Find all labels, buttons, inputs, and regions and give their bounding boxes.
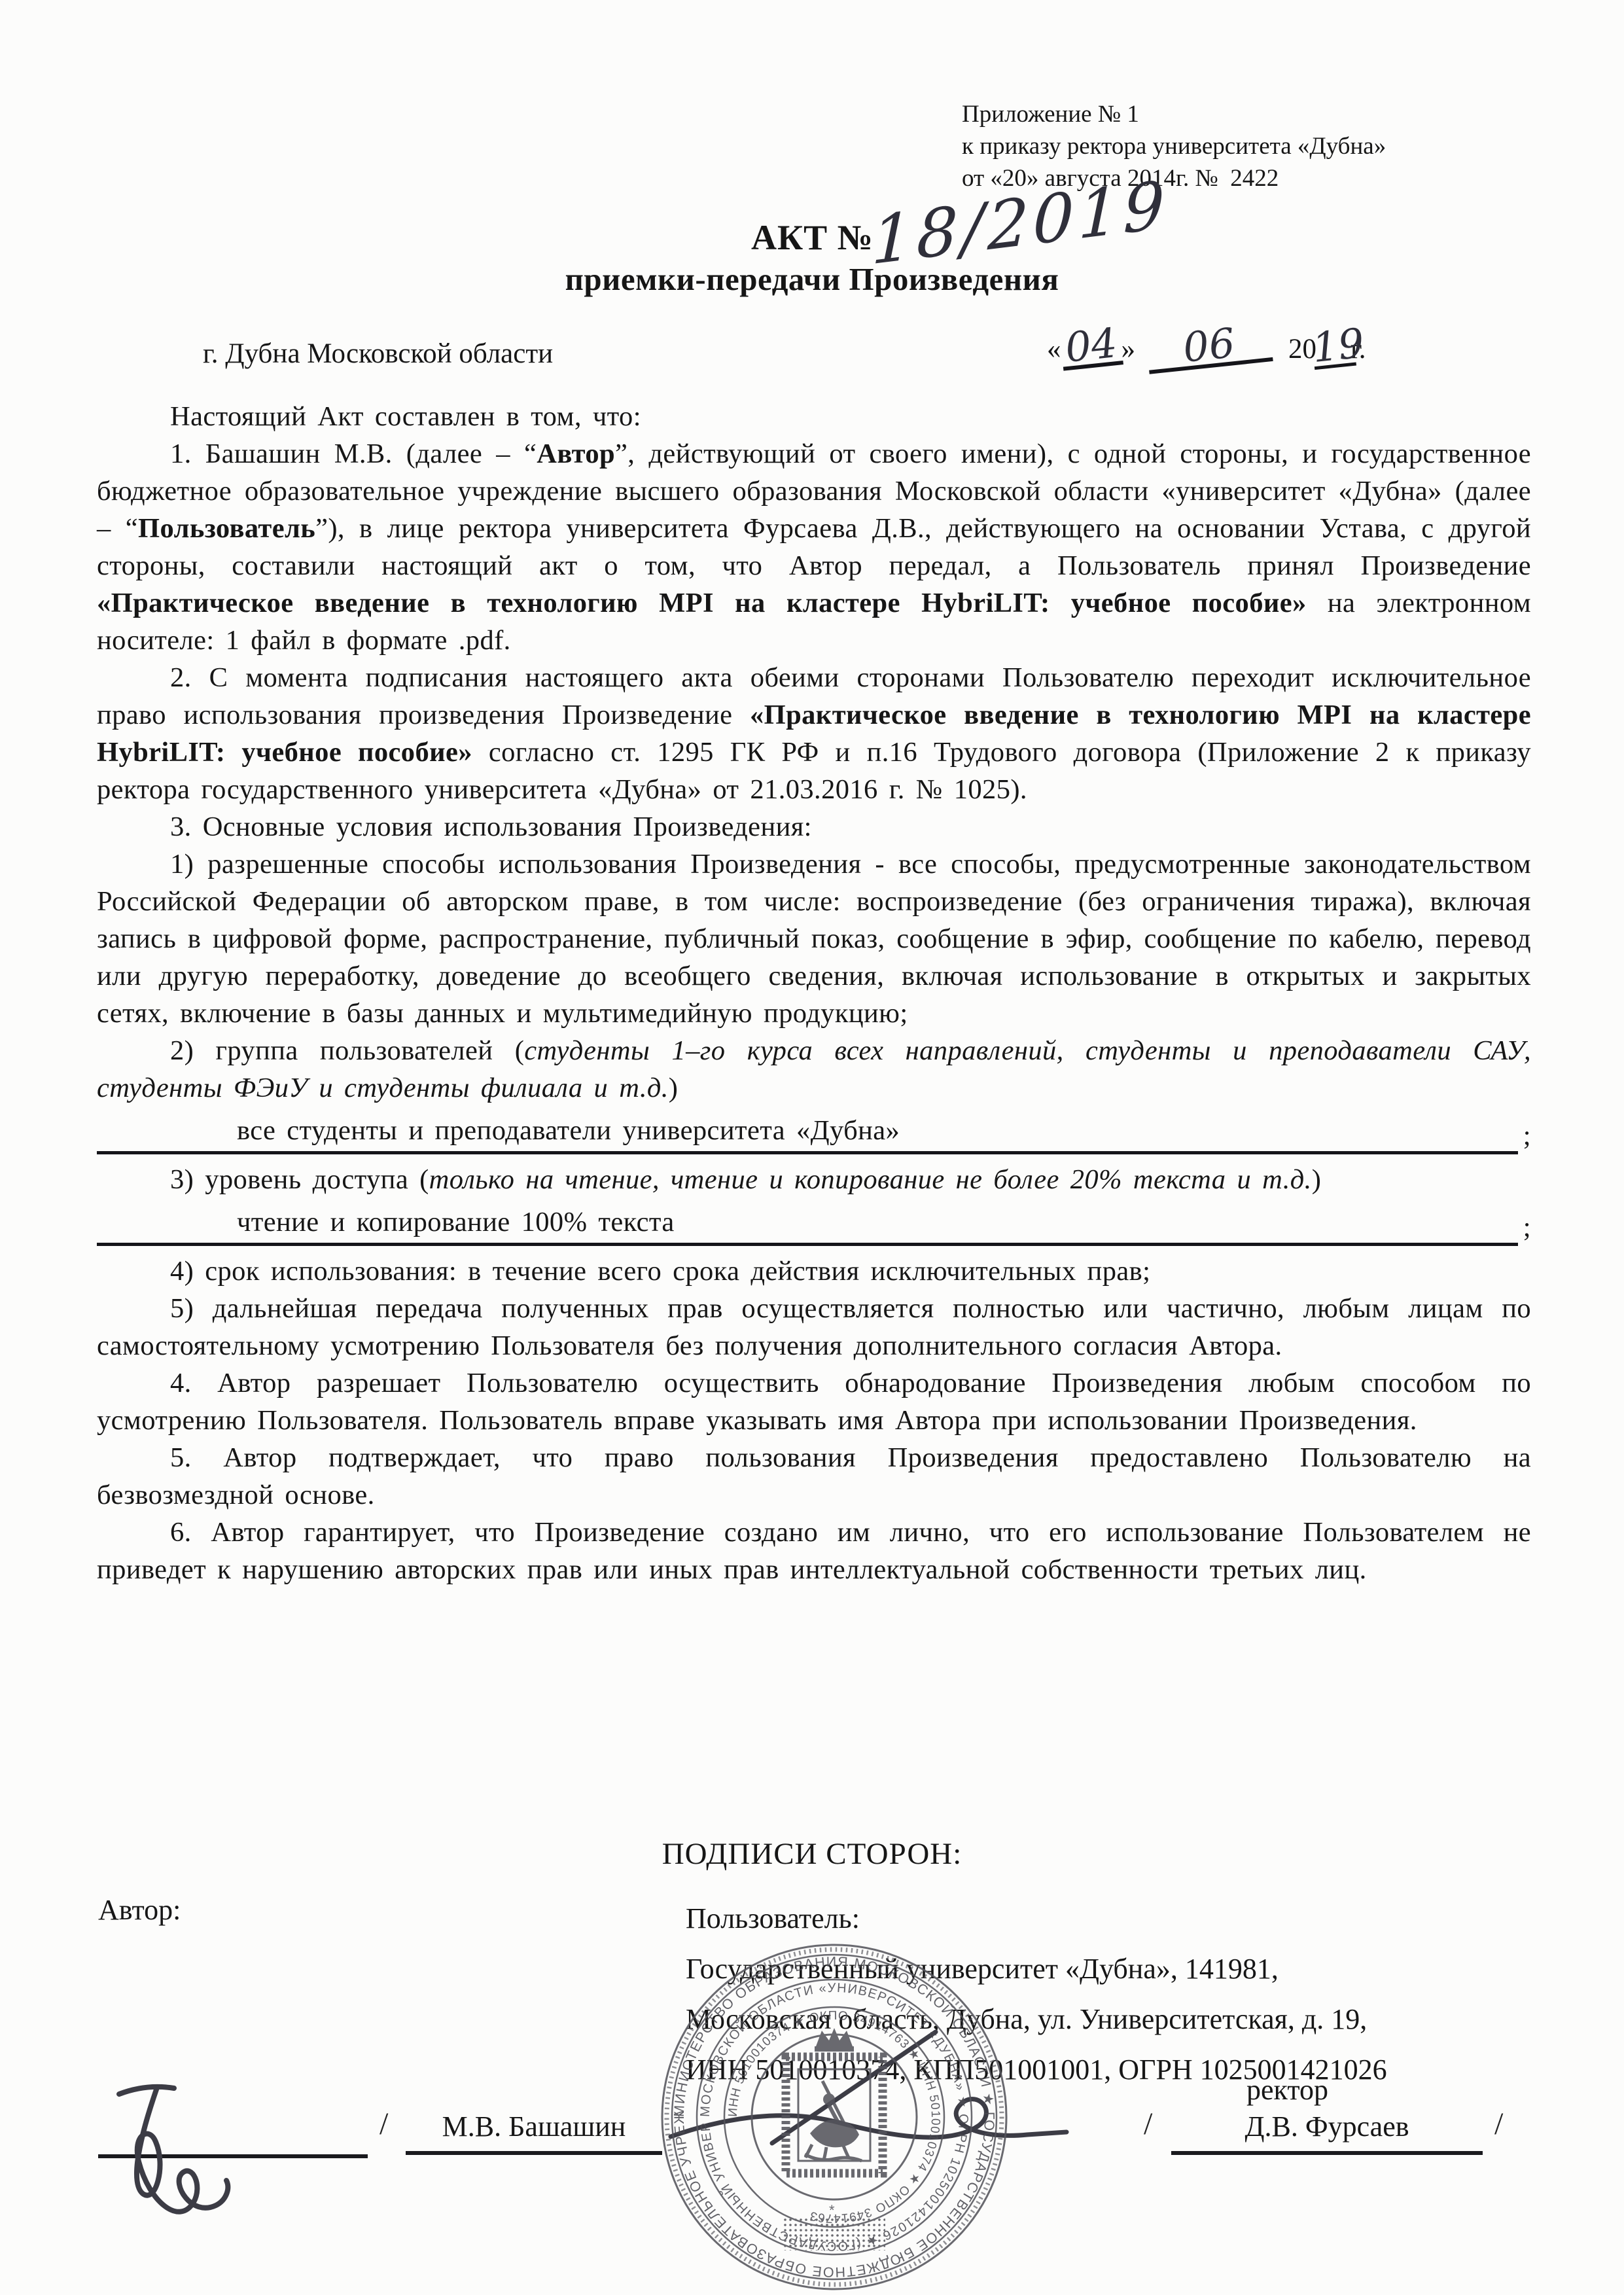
paragraph-3-4: 4) срок использования: в течение всего с…: [97, 1253, 1531, 1290]
document-title: АКТ №: [751, 217, 874, 258]
stamp-bottom-star: *: [829, 2202, 835, 2218]
scanned-document-page: Приложение № 1 к приказу ректора универс…: [0, 0, 1624, 2295]
quote-open: «: [1047, 333, 1061, 368]
paragraph-3-1: 1) разрешенные способы использования Про…: [97, 845, 1531, 1032]
user-label: Пользователь:: [686, 1893, 1387, 1944]
annex-note-line1: Приложение № 1: [962, 98, 1386, 130]
university-official-stamp: МИНИСТЕРСТВО ОБРАЗОВАНИЯ МОСКОВСКОЙ ОБЛА…: [658, 1940, 1011, 2294]
slash-1: /: [380, 2106, 388, 2142]
handwritten-month: 06: [1145, 321, 1273, 374]
signatures-heading: ПОДПИСИ СТОРОН:: [0, 1836, 1624, 1872]
paragraph-2: 2. С момента подписания настоящего акта …: [97, 659, 1531, 808]
date-fields: «04»062019г.: [1047, 327, 1366, 368]
document-subtitle: приемки-передачи Произведения: [0, 260, 1624, 298]
author-label: Автор:: [98, 1893, 181, 1927]
rector-title: ректор: [1246, 2073, 1328, 2107]
paragraph-3-2: 2) группа пользователей (студенты 1–го к…: [97, 1032, 1531, 1107]
place-label: г. Дубна Московской области: [203, 338, 553, 370]
rector-name: Д.В. Фурсаев: [1171, 2110, 1483, 2155]
fill-line-access-level-tail: ;: [1518, 1209, 1531, 1246]
paragraph-3-5: 5) дальнейшая передача полученных прав о…: [97, 1290, 1531, 1364]
slash-2: /: [1144, 2106, 1152, 2142]
fill-line-user-group-tail: ;: [1518, 1117, 1531, 1154]
document-body: Настоящий Акт составлен в том, что: 1. Б…: [97, 398, 1531, 1588]
fill-line-access-level: чтение и копирование 100% текста;: [97, 1203, 1531, 1246]
paragraph-3: 3. Основные условия использования Произв…: [97, 808, 1531, 845]
paragraph-5: 5. Автор подтверждает, что право пользов…: [97, 1439, 1531, 1514]
paragraph-6: 6. Автор гарантирует, что Произведение с…: [97, 1514, 1531, 1588]
handwritten-year: 19: [1311, 326, 1356, 370]
paragraph-intro: Настоящий Акт составлен в том, что:: [97, 398, 1531, 435]
handwritten-day: 04: [1059, 324, 1123, 370]
paragraph-4: 4. Автор разрешает Пользователю осуществ…: [97, 1364, 1531, 1439]
annex-note-line2: к приказу ректора университета «Дубна»: [962, 130, 1386, 162]
stamp-bottom-dot-patch: [783, 2218, 885, 2251]
fill-line-user-group: все студенты и преподаватели университет…: [97, 1112, 1531, 1154]
paragraph-3-3: 3) уровень доступа (только на чтение, чт…: [97, 1161, 1531, 1198]
stamp-coat-of-arms: [786, 2028, 883, 2173]
paragraph-1: 1. Башашин М.В. (далее – “Автор”, действ…: [97, 435, 1531, 659]
fill-line-access-level-value: чтение и копирование 100% текста: [97, 1203, 1518, 1246]
slash-3: /: [1494, 2106, 1503, 2142]
author-signature-ink: [92, 2048, 314, 2264]
fill-line-user-group-value: все студенты и преподаватели университет…: [97, 1112, 1518, 1154]
annex-note: Приложение № 1 к приказу ректора универс…: [962, 98, 1386, 194]
